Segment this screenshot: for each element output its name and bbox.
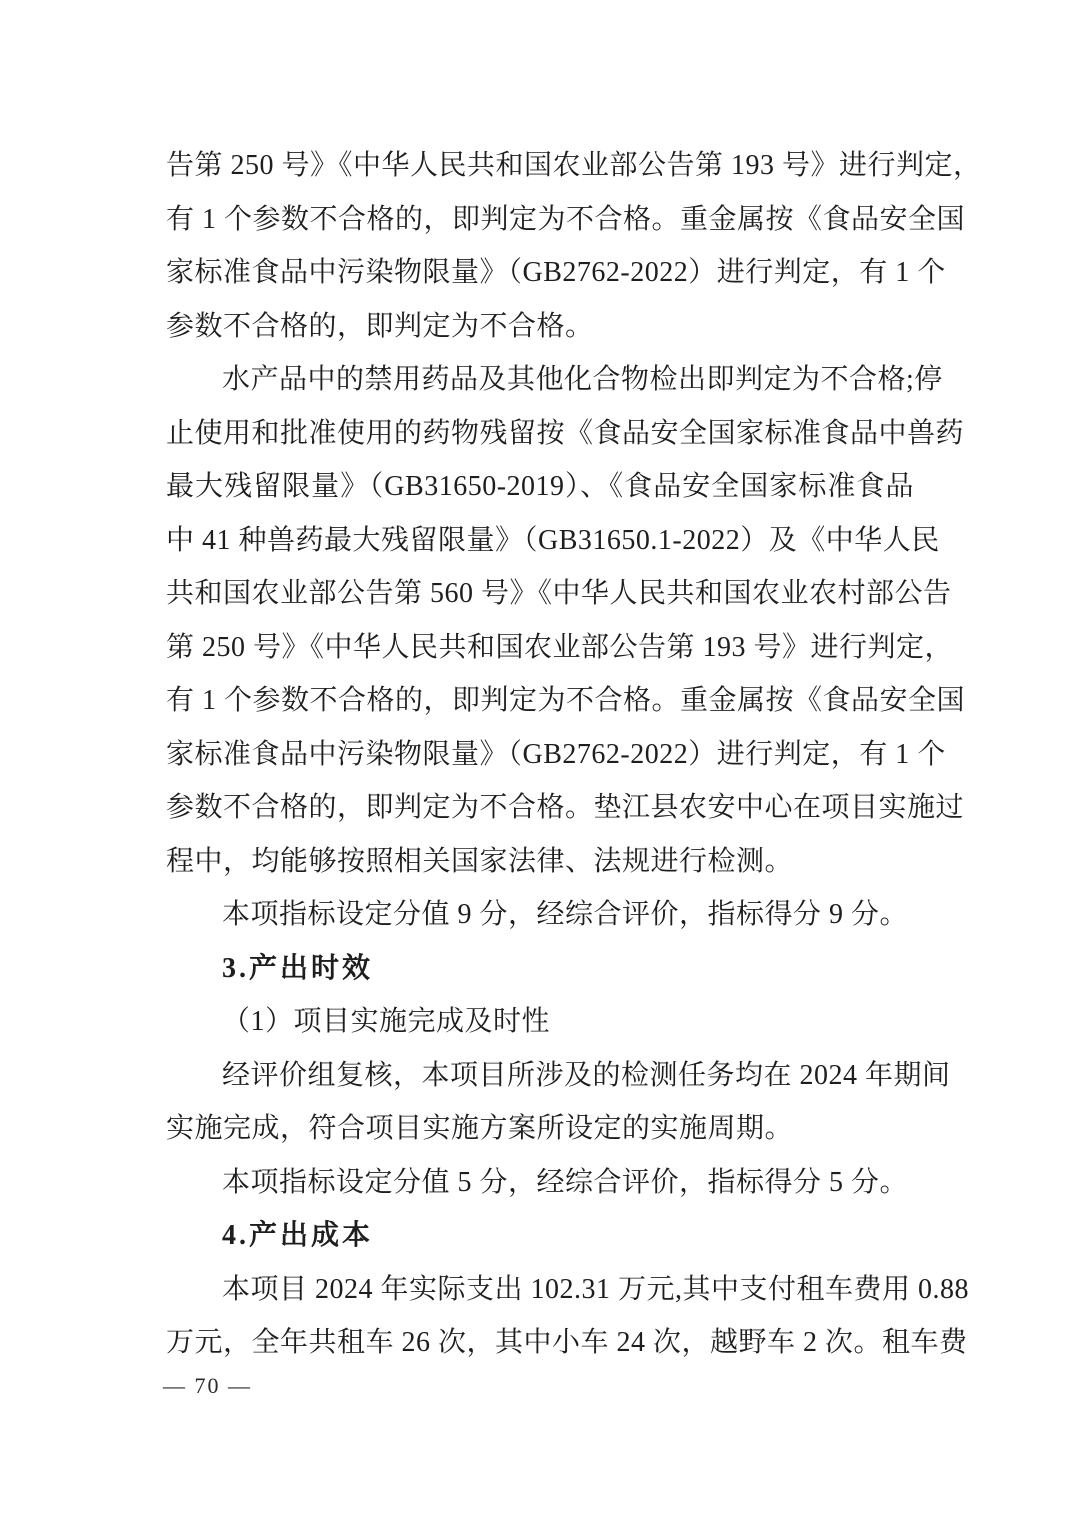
text-line: 止使用和批准使用的药物残留按《食品安全国家标准食品中兽药 [166,407,914,461]
text-line: 家标准食品中污染物限量》（GB2762-2022）进行判定，有 1 个 [166,246,914,300]
text-line: 经评价组复核，本项目所涉及的检测任务均在 2024 年期间 [166,1049,914,1103]
text-line: 水产品中的禁用药品及其他化合物检出即判定为不合格;停 [166,353,914,407]
text-line: 最大残留限量》（GB31650-2019）、《食品安全国家标准食品 [166,460,914,514]
document-page: 告第 250 号》《中华人民共和国农业部公告第 193 号》进行判定， 有 1 … [0,0,1074,1520]
text-line: 第 250 号》《中华人民共和国农业部公告第 193 号》进行判定， [166,621,914,675]
text-line: 本项指标设定分值 5 分，经综合评价，指标得分 5 分。 [166,1156,914,1210]
text-line: 参数不合格的，即判定为不合格。垫江县农安中心在项目实施过 [166,781,914,835]
text-line: 本项目 2024 年实际支出 102.31 万元,其中支付租车费用 0.88 [166,1263,914,1317]
text-body: 告第 250 号》《中华人民共和国农业部公告第 193 号》进行判定， 有 1 … [166,139,914,1370]
text-line: 程中，均能够按照相关国家法律、法规进行检测。 [166,835,914,889]
text-line: 中 41 种兽药最大残留限量》（GB31650.1-2022）及《中华人民 [166,514,914,568]
text-line: 有 1 个参数不合格的，即判定为不合格。重金属按《食品安全国 [166,674,914,728]
page-number: — 70 — [163,1372,252,1400]
text-line: （1）项目实施完成及时性 [166,995,914,1049]
text-line: 参数不合格的，即判定为不合格。 [166,300,914,354]
text-line: 本项指标设定分值 9 分，经综合评价，指标得分 9 分。 [166,888,914,942]
text-line: 有 1 个参数不合格的，即判定为不合格。重金属按《食品安全国 [166,193,914,247]
text-line: 告第 250 号》《中华人民共和国农业部公告第 193 号》进行判定， [166,139,914,193]
text-line: 万元，全年共租车 26 次，其中小车 24 次，越野车 2 次。租车费 [166,1316,914,1370]
text-line: 家标准食品中污染物限量》（GB2762-2022）进行判定，有 1 个 [166,728,914,782]
text-line: 实施完成，符合项目实施方案所设定的实施周期。 [166,1102,914,1156]
heading-4-output-cost: 4.产出成本 [166,1209,914,1263]
heading-3-output-timeliness: 3.产出时效 [166,942,914,996]
text-line: 共和国农业部公告第 560 号》《中华人民共和国农业农村部公告 [166,567,914,621]
